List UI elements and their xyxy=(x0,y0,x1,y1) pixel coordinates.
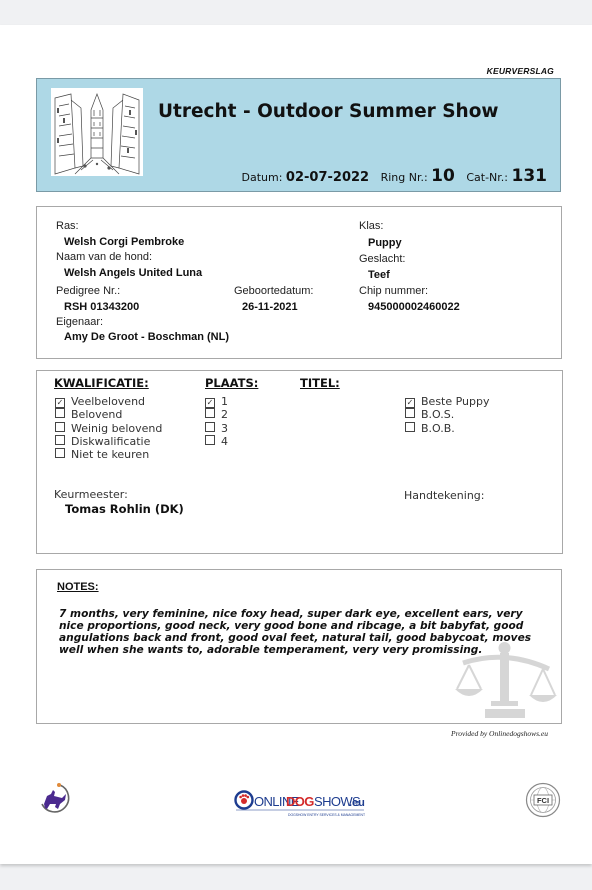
handtekening-label: Handtekening: xyxy=(404,489,484,502)
kwalificatie-option-label: Veelbelovend xyxy=(71,395,145,408)
checked-checkbox-icon[interactable]: ✓ xyxy=(55,398,65,408)
geslacht-value: Teef xyxy=(368,269,390,281)
kwalificatie-option[interactable]: Niet te keuren xyxy=(55,448,162,461)
ras-value: Welsh Corgi Pembroke xyxy=(64,236,184,248)
pedigree-value: RSH 01343200 xyxy=(64,301,139,313)
show-meta: Datum: 02-07-2022 Ring Nr.: 10 Cat-Nr.: … xyxy=(234,166,548,186)
show-header: Utrecht - Outdoor Summer Show Datum: 02-… xyxy=(36,78,561,192)
keurmeester-value: Tomas Rohlin (DK) xyxy=(65,502,184,516)
utrecht-dom-tower-sketch-icon xyxy=(51,88,143,176)
empty-checkbox-icon[interactable] xyxy=(205,422,215,432)
plaats-option[interactable]: 2 xyxy=(205,408,228,421)
klas-value: Puppy xyxy=(368,237,402,249)
eigenaar-label: Eigenaar: xyxy=(56,316,103,328)
titel-option-label: Beste Puppy xyxy=(421,395,490,408)
pedigree-label: Pedigree Nr.: xyxy=(56,285,120,297)
document-type-label: KEURVERSLAG xyxy=(487,66,554,76)
empty-checkbox-icon[interactable] xyxy=(55,435,65,445)
datum-label: Datum: xyxy=(242,171,283,184)
plaats-option[interactable]: ✓1 xyxy=(205,395,228,408)
kwalificatie-heading: KWALIFICATIE: xyxy=(54,376,149,390)
plaats-option[interactable]: 4 xyxy=(205,435,228,448)
kwalificatie-option-label: Niet te keuren xyxy=(71,448,149,461)
titel-option-label: B.O.B. xyxy=(421,422,455,435)
empty-checkbox-icon[interactable] xyxy=(205,435,215,445)
naam-label: Naam van de hond: xyxy=(56,251,152,263)
kwalificatie-options: ✓VeelbelovendBelovendWeinig belovendDisk… xyxy=(55,395,162,461)
naam-value: Welsh Angels United Luna xyxy=(64,267,202,279)
plaats-options: ✓1234 xyxy=(205,395,228,448)
show-title: Utrecht - Outdoor Summer Show xyxy=(158,101,499,122)
kwalificatie-option[interactable]: Weinig belovend xyxy=(55,422,162,435)
svg-text:FCI: FCI xyxy=(537,796,549,805)
titel-option[interactable]: B.O.S. xyxy=(405,408,490,421)
svg-text:.eu: .eu xyxy=(349,797,365,809)
kwalificatie-option-label: Weinig belovend xyxy=(71,422,162,435)
dog-club-logo-icon xyxy=(38,782,72,818)
svg-text:DOG: DOG xyxy=(286,794,314,809)
provided-by-text: Provided by Onlinedogshows.eu xyxy=(451,729,548,738)
empty-checkbox-icon[interactable] xyxy=(205,408,215,418)
keurmeester-label: Keurmeester: xyxy=(54,488,128,501)
eigenaar-value: Amy De Groot - Boschman (NL) xyxy=(64,331,229,343)
titel-option[interactable]: ✓Beste Puppy xyxy=(405,395,490,408)
judging-box: KWALIFICATIE: PLAATS: TITEL: ✓Veelbelove… xyxy=(36,370,563,554)
titel-option-label: B.O.S. xyxy=(421,408,454,421)
notes-box: NOTES: 7 months, very feminine, nice fox… xyxy=(36,569,562,724)
klas-label: Klas: xyxy=(359,220,383,232)
ring-label: Ring Nr.: xyxy=(381,171,428,184)
plaats-option-label: 4 xyxy=(221,435,228,448)
titel-options: ✓Beste PuppyB.O.S.B.O.B. xyxy=(405,395,490,435)
kwalificatie-option[interactable]: ✓Veelbelovend xyxy=(55,395,162,408)
notes-text: 7 months, very feminine, nice foxy head,… xyxy=(59,608,549,656)
plaats-heading: PLAATS: xyxy=(205,376,258,390)
chip-value: 945000002460022 xyxy=(368,301,460,313)
titel-option[interactable]: B.O.B. xyxy=(405,422,490,435)
geboortedatum-label: Geboortedatum: xyxy=(234,285,314,297)
kwalificatie-option[interactable]: Diskwalificatie xyxy=(55,435,162,448)
checked-checkbox-icon[interactable]: ✓ xyxy=(205,398,215,408)
report-page: KEURVERSLAG xyxy=(0,25,592,864)
plaats-option[interactable]: 3 xyxy=(205,422,228,435)
plaats-option-label: 3 xyxy=(221,422,228,435)
checked-checkbox-icon[interactable]: ✓ xyxy=(405,398,415,408)
ras-label: Ras: xyxy=(56,220,79,232)
geslacht-label: Geslacht: xyxy=(359,253,405,265)
empty-checkbox-icon[interactable] xyxy=(55,408,65,418)
onlinedogshows-logo: ONLINE DOG SHOWS .eu DOGSHOW ENTRY SERVI… xyxy=(234,789,366,825)
svg-text:DOGSHOW ENTRY SERVICES & MANAG: DOGSHOW ENTRY SERVICES & MANAGEMENT xyxy=(288,813,365,817)
notes-heading: NOTES: xyxy=(57,581,99,593)
empty-checkbox-icon[interactable] xyxy=(405,408,415,418)
empty-checkbox-icon[interactable] xyxy=(405,422,415,432)
cat-label: Cat-Nr.: xyxy=(466,171,508,184)
kwalificatie-option-label: Belovend xyxy=(71,408,122,421)
empty-checkbox-icon[interactable] xyxy=(55,422,65,432)
fci-logo-icon: FCI xyxy=(525,782,561,822)
plaats-option-label: 1 xyxy=(221,395,228,408)
plaats-option-label: 2 xyxy=(221,408,228,421)
empty-checkbox-icon[interactable] xyxy=(55,448,65,458)
dog-info-box: Ras: Welsh Corgi Pembroke Naam van de ho… xyxy=(36,206,562,359)
titel-heading: TITEL: xyxy=(300,376,340,390)
datum-value: 02-07-2022 xyxy=(286,170,369,185)
cat-value: 131 xyxy=(512,166,548,186)
kwalificatie-option-label: Diskwalificatie xyxy=(71,435,150,448)
chip-label: Chip nummer: xyxy=(359,285,428,297)
ring-value: 10 xyxy=(431,166,455,186)
kwalificatie-option[interactable]: Belovend xyxy=(55,408,162,421)
geboortedatum-value: 26-11-2021 xyxy=(242,301,298,313)
